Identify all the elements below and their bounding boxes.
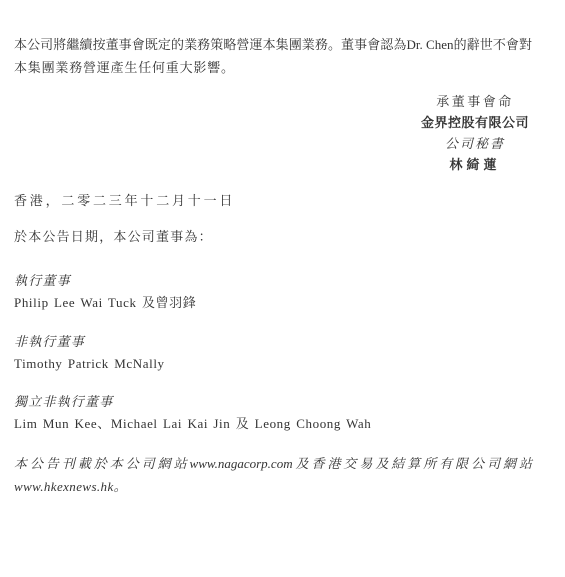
publication-note: 本公告刊載於本公司網站www.nagacorp.com及香港交易及結算所有限公司… [14, 452, 532, 498]
directors-intro: 於本公告日期，本公司董事為： [14, 227, 213, 247]
publication-note-line-1: 本公告刊載於本公司網站www.nagacorp.com及香港交易及結算所有限公司… [14, 452, 532, 475]
paragraph-line-1: 本公司將繼續按董事會既定的業務策略營運本集團業務。董事會認為Dr. Chen的辭… [14, 33, 532, 56]
company-name: 金界控股有限公司 [415, 112, 535, 133]
non-executive-directors-heading: 非執行董事 [14, 331, 165, 353]
paragraph-business-continuity: 本公司將繼續按董事會既定的業務策略營運本集團業務。董事會認為Dr. Chen的辭… [14, 33, 532, 79]
announcement-page: 本公司將繼續按董事會既定的業務策略營運本集團業務。董事會認為Dr. Chen的辭… [0, 0, 565, 577]
independent-non-executive-directors-heading: 獨立非執行董事 [14, 391, 371, 413]
place-and-date: 香港，二零二三年十二月十一日 [14, 191, 235, 211]
executive-directors-section: 執行董事 Philip Lee Wai Tuck 及曾羽鋒 [14, 270, 196, 314]
publication-note-line-2: www.hkexnews.hk。 [14, 475, 532, 498]
signatory-name: 林綺蓮 [415, 154, 535, 175]
executive-directors-names: Philip Lee Wai Tuck 及曾羽鋒 [14, 292, 196, 314]
paragraph-line-2: 本集團業務營運產生任何重大影響。 [14, 56, 532, 79]
executive-directors-heading: 執行董事 [14, 270, 196, 292]
independent-non-executive-directors-names: Lim Mun Kee、Michael Lai Kai Jin 及 Leong … [14, 413, 371, 435]
by-order-of-board: 承董事會命 [415, 91, 535, 112]
signatory-title: 公司秘書 [415, 133, 535, 154]
independent-non-executive-directors-section: 獨立非執行董事 Lim Mun Kee、Michael Lai Kai Jin … [14, 391, 371, 435]
non-executive-directors-section: 非執行董事 Timothy Patrick McNally [14, 331, 165, 375]
non-executive-directors-names: Timothy Patrick McNally [14, 353, 165, 375]
signature-block: 承董事會命 金界控股有限公司 公司秘書 林綺蓮 [415, 91, 535, 175]
